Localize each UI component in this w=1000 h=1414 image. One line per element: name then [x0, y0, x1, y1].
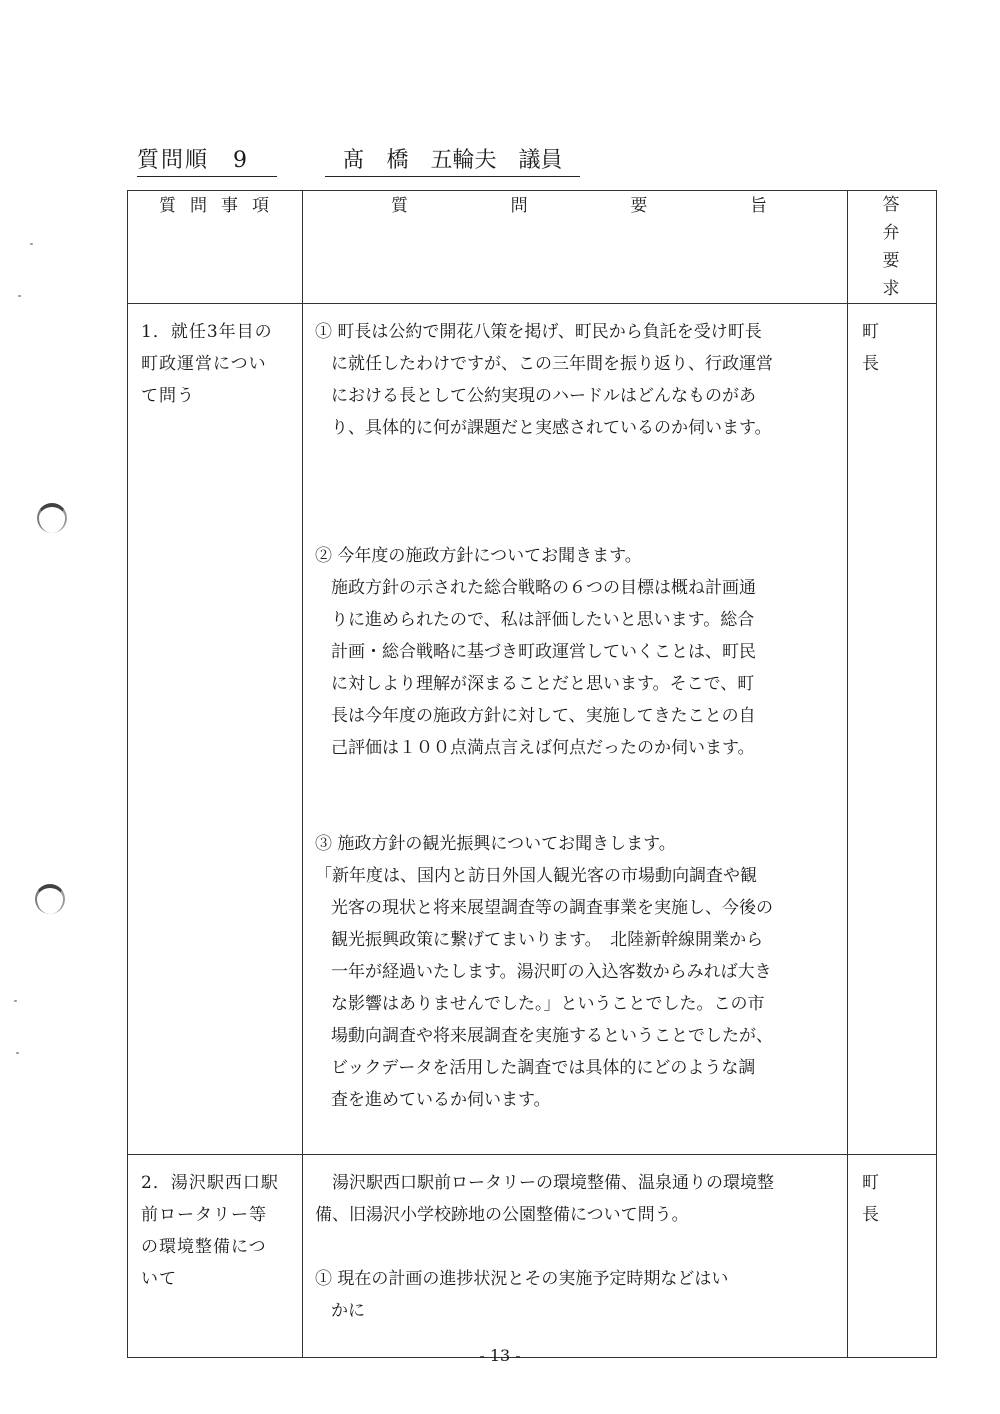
- question-subject: 2．湯沢駅西口駅 前ロータリー等 の環境整備につ いて: [128, 1155, 303, 1358]
- gist-line: 己評価は１００点満点言えば何点だったのか伺います。: [315, 732, 841, 764]
- gist-line: 計画・総合戦略に基づき町政運営していくことは、町民: [315, 636, 841, 668]
- gist-line: 長は今年度の施政方針に対して、実施してきたことの自: [315, 700, 841, 732]
- subject-line: いて: [141, 1263, 302, 1295]
- gist-line: な影響はありませんでした。」ということでした。この市: [315, 988, 841, 1020]
- gist-item-lead: ② 今年度の施政方針についてお聞きます。: [315, 540, 841, 572]
- question-subject: 1．就任3年目の 町政運営につい て問う: [128, 304, 303, 1155]
- gist-line: 備、旧湯沢小学校跡地の公園整備について問う。: [315, 1199, 841, 1231]
- gist-line: かに: [315, 1295, 841, 1327]
- punch-hole-upper: [37, 503, 67, 533]
- gist-line: 光客の現状と将来展望調査等の調査事業を実施し、今後の: [315, 892, 841, 924]
- gist-line: における長として公約実現のハードルはどんなものがあ: [315, 380, 841, 412]
- punch-hole-lower: [35, 884, 65, 914]
- gist-item: ② 今年度の施政方針についてお聞きます。 施政方針の示された総合戦略の６つの目標…: [315, 540, 841, 764]
- subject-line: の環境整備につ: [141, 1231, 302, 1263]
- question-table: 質問事項 質 問 要 旨 答 弁 要 求 1．就任3年目の 町政運営につい て問…: [127, 190, 937, 1358]
- question-gist: ① 町長は公約で開花八策を掲げ、町民から負託を受け町長 に就任したわけですが、こ…: [303, 304, 848, 1155]
- gist-line: ビックデータを活用した調査では具体的にどのような調: [315, 1052, 841, 1084]
- scan-speck: [18, 295, 21, 297]
- subject-line: て問う: [141, 380, 302, 412]
- table-header-row: 質問事項 質 問 要 旨 答 弁 要 求: [128, 191, 937, 304]
- gist-line: 湯沢駅西口駅前ロータリーの環境整備、温泉通りの環境整: [315, 1167, 841, 1199]
- gist-line: に就任したわけですが、この三年間を振り返り、行政運営: [315, 348, 841, 380]
- scan-speck: [16, 1052, 19, 1054]
- subject-line: 2．湯沢駅西口駅: [141, 1167, 302, 1199]
- gist-item: ① 現在の計画の進捗状況とその実施予定時期などはい かに: [315, 1263, 841, 1327]
- table-row: 2．湯沢駅西口駅 前ロータリー等 の環境整備につ いて 湯沢駅西口駅前ロータリー…: [128, 1155, 937, 1358]
- member-name: 髙 橋 五輪夫 議員: [325, 143, 580, 177]
- header-question-gist: 質 問 要 旨: [303, 191, 848, 304]
- scan-speck: [14, 1000, 17, 1002]
- question-gist: 湯沢駅西口駅前ロータリーの環境整備、温泉通りの環境整 備、旧湯沢小学校跡地の公園…: [303, 1155, 848, 1358]
- answerer: 町長: [848, 304, 937, 1155]
- gist-line: 場動向調査や将来展調査を実施するということでしたが、: [315, 1020, 841, 1052]
- question-order-label: 質問順 9: [137, 143, 277, 177]
- header-answer-line: 答 弁: [860, 191, 936, 247]
- gist-item: ① 町長は公約で開花八策を掲げ、町民から負託を受け町長 に就任したわけですが、こ…: [315, 316, 841, 444]
- subject-line: 町政運営につい: [141, 348, 302, 380]
- header-answer-line: 要 求: [860, 247, 936, 303]
- scan-speck: [30, 243, 33, 245]
- answerer: 町長: [848, 1155, 937, 1358]
- header-question-subject: 質問事項: [128, 191, 303, 304]
- subject-line: 1．就任3年目の: [141, 316, 302, 348]
- gist-line: 施政方針の示された総合戦略の６つの目標は概ね計画通: [315, 572, 841, 604]
- gist-item-lead: ① 町長は公約で開花八策を掲げ、町民から負託を受け町長: [315, 316, 841, 348]
- header-gist-char: 問: [511, 191, 528, 216]
- gist-line: に対しより理解が深まることだと思います。そこで、町: [315, 668, 841, 700]
- subject-line: 前ロータリー等: [141, 1199, 302, 1231]
- header-gist-char: 旨: [750, 191, 767, 216]
- header-gist-char: 質: [391, 191, 408, 216]
- gist-item-lead: ① 現在の計画の進捗状況とその実施予定時期などはい: [315, 1263, 841, 1295]
- gist-line: 「新年度は、国内と訪日外国人観光客の市場動向調査や観: [315, 860, 841, 892]
- gist-line: 観光振興政策に繋げてまいります。 北陸新幹線開業から: [315, 924, 841, 956]
- table-row: 1．就任3年目の 町政運営につい て問う ① 町長は公約で開花八策を掲げ、町民か…: [128, 304, 937, 1155]
- gist-line: り、具体的に何が課題だと実感されているのか伺います。: [315, 412, 841, 444]
- header-gist-char: 要: [630, 191, 647, 216]
- gist-item: ③ 施政方針の観光振興についてお聞きします。 「新年度は、国内と訪日外国人観光客…: [315, 828, 841, 1116]
- gist-intro: 湯沢駅西口駅前ロータリーの環境整備、温泉通りの環境整 備、旧湯沢小学校跡地の公園…: [315, 1167, 841, 1231]
- page-number: - 13 -: [0, 1346, 1000, 1365]
- gist-item-lead: ③ 施政方針の観光振興についてお聞きします。: [315, 828, 841, 860]
- header-answer-request: 答 弁 要 求: [848, 191, 937, 304]
- gist-line: 一年が経過いたします。湯沢町の入込客数からみれば大き: [315, 956, 841, 988]
- gist-line: 査を進めているか伺います。: [315, 1084, 841, 1116]
- gist-line: りに進められたので、私は評価したいと思います。総合: [315, 604, 841, 636]
